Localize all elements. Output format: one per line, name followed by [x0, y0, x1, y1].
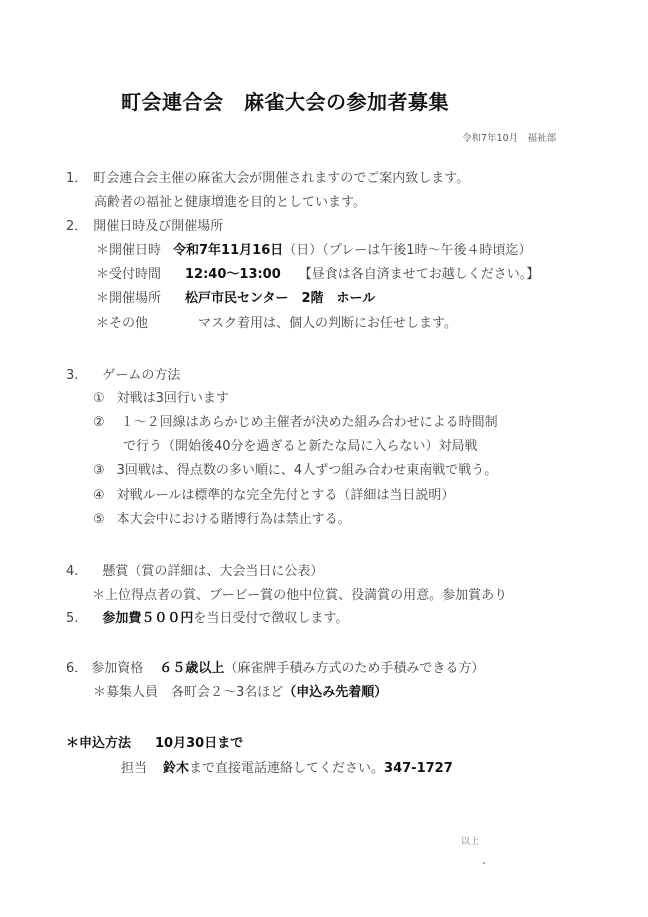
section-number: 3. [66, 368, 78, 383]
lunch-note: 【昼食は各自済ませてお越しください。】 [299, 267, 540, 282]
contact-row: 担当鈴木まで直接電話連絡してください。347-1727 [121, 760, 453, 778]
event-datetime-row: ＊開催日時令和7年11月16日（日）（プレーは午後1時～午後４時頃迄） [96, 242, 532, 260]
application-label: ＊申込方法 [66, 736, 131, 751]
section-5-fee: 5.参加費５００円を当日受付で徴収します。 [66, 610, 348, 628]
scan-speck [483, 862, 485, 864]
rule-item-3: ③3回戦は、得点数の多い順に、4人ずつ組み合わせ東南戦で戦う。 [93, 462, 497, 480]
rule-item-2-continued: で行う（開始後40分を過ぎると新たな局に入らない）対局戦 [123, 438, 478, 456]
item-text: １～２回線はあらかじめ主催者が決めた組み合わせによる時間制 [121, 415, 498, 430]
section-1-text: 町会連合会主催の麻雀大会が開催されますのでご案内致します。 [93, 171, 469, 186]
field-label: ＊受付時間 [96, 267, 161, 282]
item-text: 本大会中における賭博行為は禁止する。 [117, 512, 351, 527]
item-marker: ⑤ [93, 512, 105, 527]
age-requirement: ６５歳以上 [159, 661, 224, 676]
section-1-line-1: 1．町会連合会主催の麻雀大会が開催されますのでご案内致します。 [66, 170, 469, 188]
item-marker: ② [93, 415, 105, 430]
item-marker: ④ [93, 488, 105, 503]
contact-name: 鈴木 [163, 761, 189, 776]
section-heading: 参加資格 [91, 661, 143, 676]
rule-item-1: ①対戦は3回行います [93, 390, 229, 408]
mask-note: マスク着用は、個人の判断にお任せします。 [198, 316, 457, 331]
section-1-line-2: 高齢者の福祉と健康増進を目的としています。 [94, 194, 366, 212]
item-marker: ③ [93, 463, 105, 478]
first-come-note: （申込み先着順） [283, 685, 387, 700]
field-label: ＊開催日時 [96, 243, 161, 258]
prize-note: ＊上位得点者の賞、ブービー賞の他中位賞、役満賞の用意。参加賞あり [92, 587, 507, 605]
recruitment-count: ＊募集人員 各町会２～3名ほど [93, 685, 283, 700]
rule-item-2: ②１～２回線はあらかじめ主催者が決めた組み合わせによる時間制 [93, 414, 498, 432]
age-note: （麻雀牌手積み方式のため手積みできる方） [224, 661, 484, 676]
contact-instructions: まで直接電話連絡してください。 [189, 761, 384, 776]
application-method-row: ＊申込方法10月30日まで [66, 735, 243, 753]
item-text: 3回戦は、得点数の多い順に、4人ずつ組み合わせ東南戦で戦う。 [117, 463, 498, 478]
closing-mark: 以上 [461, 834, 479, 847]
document-title: 町会連合会 麻雀大会の参加者募集 [121, 86, 449, 115]
participation-fee: 参加費５００円 [102, 611, 193, 626]
reception-time: 12:40～13:00 [185, 267, 281, 282]
date-department: 令和7年10月 福祉部 [462, 130, 556, 144]
contact-label: 担当 [121, 761, 147, 776]
section-3-heading: 3.ゲームの方法 [66, 367, 180, 385]
section-number: 2． [66, 219, 87, 234]
section-heading: 開催日時及び開催場所 [93, 219, 223, 234]
rule-item-5: ⑤本大会中における賭博行為は禁止する。 [93, 511, 351, 529]
item-text: 対戦ルールは標準的な完全先付とする（詳細は当日説明） [117, 488, 455, 503]
field-label: ＊その他 [96, 316, 148, 331]
item-marker: ① [93, 391, 105, 406]
section-heading: ゲームの方法 [102, 368, 180, 383]
field-label: ＊開催場所 [96, 291, 161, 306]
item-text: 対戦は3回行います [117, 391, 229, 406]
venue-name: 松戸市民センター 2階 ホール [185, 291, 375, 306]
section-4-heading: 4.懸賞（賞の詳細は、大会当日に公表） [66, 563, 323, 581]
other-row: ＊その他マスク着用は、個人の判断にお任せします。 [96, 315, 457, 333]
section-number: 4. [66, 564, 78, 579]
reception-time-row: ＊受付時間12:40～13:00【昼食は各自済ませてお越しください。】 [96, 266, 539, 284]
recruitment-row: ＊募集人員 各町会２～3名ほど（申込み先着順） [93, 684, 387, 702]
event-time-note: （日）（プレーは午後1時～午後４時頃迄） [283, 243, 531, 258]
event-date: 令和7年11月16日 [173, 243, 283, 258]
section-number: 1． [66, 171, 87, 186]
venue-row: ＊開催場所松戸市民センター 2階 ホール [96, 290, 375, 308]
section-heading: 懸賞（賞の詳細は、大会当日に公表） [102, 564, 323, 579]
section-number: 6． [66, 661, 87, 676]
section-number: 5. [66, 611, 78, 626]
section-2-heading: 2．開催日時及び開催場所 [66, 218, 223, 236]
contact-phone: 347-1727 [384, 761, 453, 776]
application-deadline: 10月30日まで [155, 736, 243, 751]
section-6-eligibility: 6．参加資格６５歳以上（麻雀牌手積み方式のため手積みできる方） [66, 660, 484, 678]
fee-note: を当日受付で徴収します。 [193, 611, 348, 626]
rule-item-4: ④対戦ルールは標準的な完全先付とする（詳細は当日説明） [93, 487, 454, 505]
